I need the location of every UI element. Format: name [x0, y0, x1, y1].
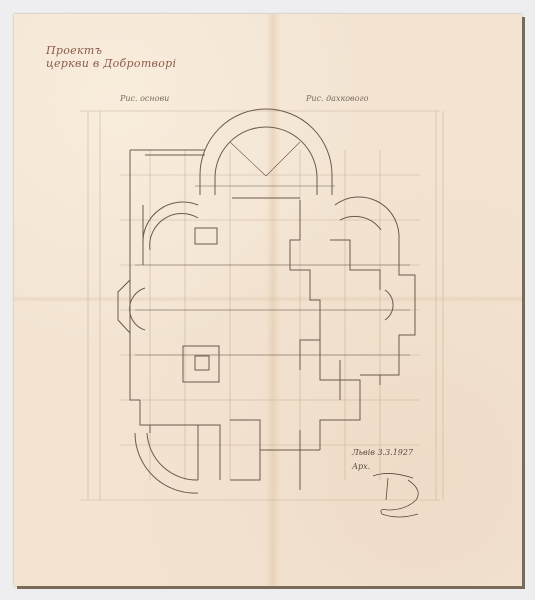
floor-plan-drawing: [0, 0, 535, 600]
place-date: Львів 3.3.1927: [352, 446, 413, 460]
signature-flourish: [368, 470, 428, 520]
